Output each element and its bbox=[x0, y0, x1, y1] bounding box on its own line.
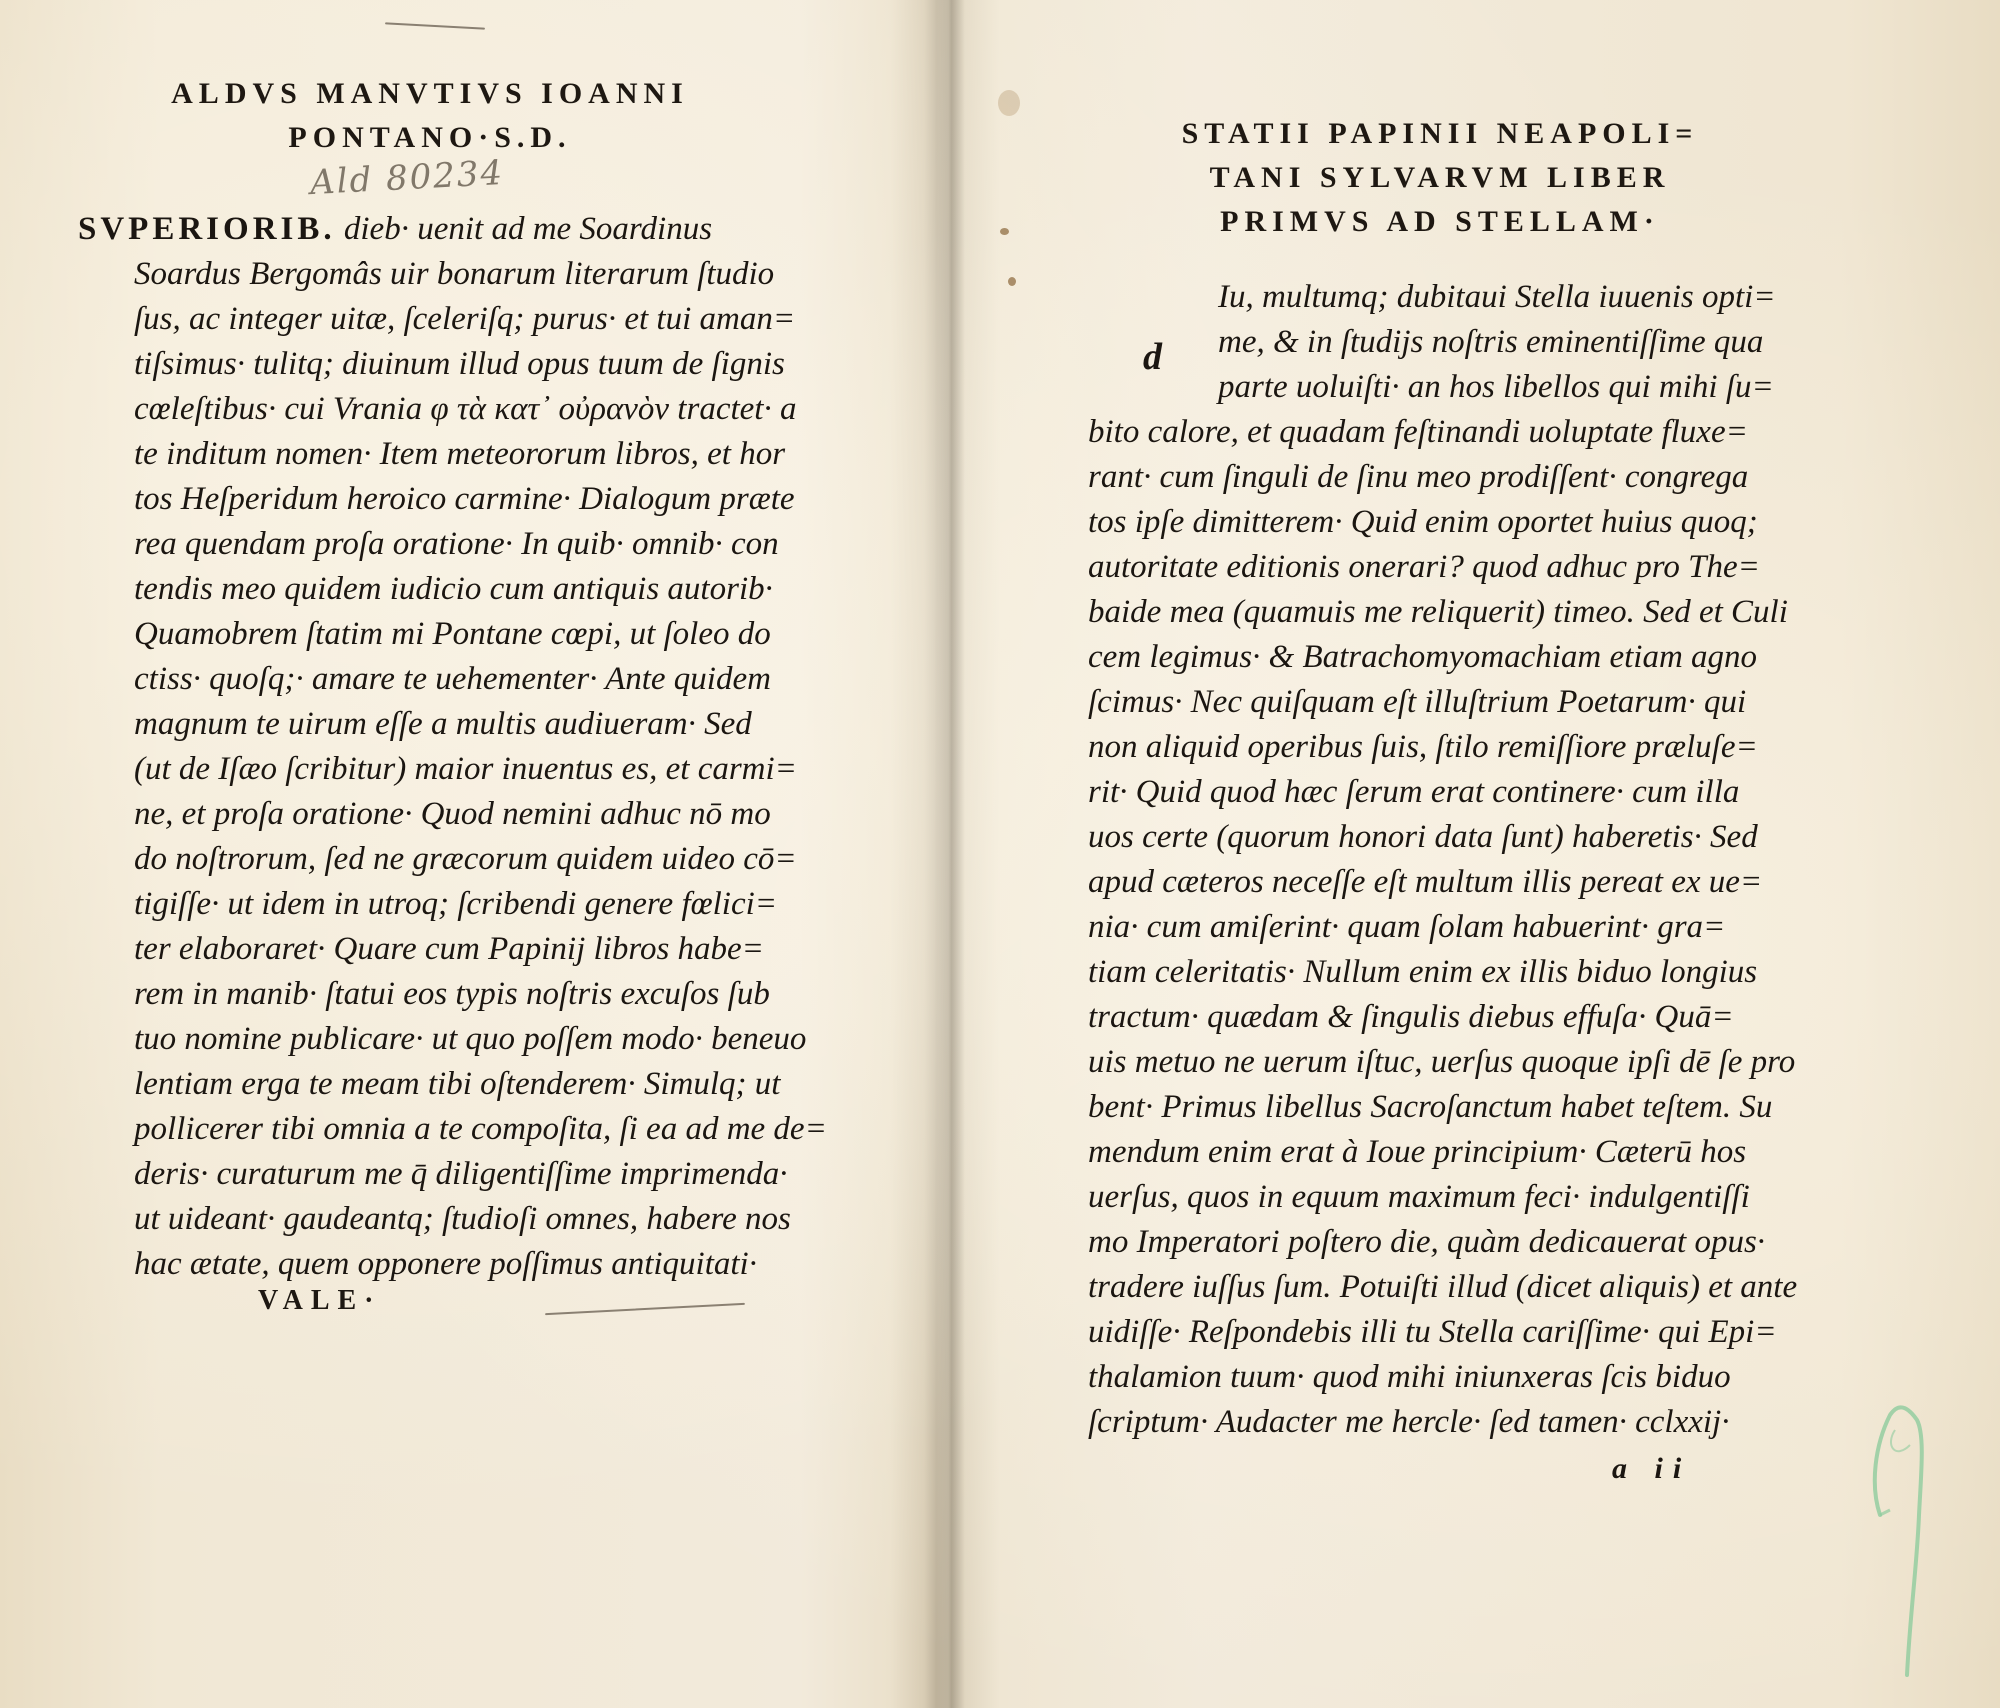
pencil-mark bbox=[545, 1303, 745, 1315]
green-crayon-mark bbox=[1855, 1385, 1935, 1685]
pencil-mark bbox=[385, 22, 485, 29]
text-line: ut uideant· gaudeantq; ſtudioſi omnes, h… bbox=[78, 1197, 818, 1242]
text-line: rea quendam proſa oratione· In quib· omn… bbox=[78, 522, 818, 567]
heading-line: TANI SYLVARVM LIBER bbox=[1080, 156, 1800, 200]
dedication-heading: ALDVS MANVTIVS IOANNI PONTANO·S.D. bbox=[100, 72, 760, 160]
shelfmark-annotation: Ald 80234 bbox=[309, 153, 505, 203]
text-line: uidiſſe· Reſpondebis illi tu Stella cari… bbox=[1088, 1310, 1828, 1355]
text-line: me, & in ſtudijs noſtris eminentiſſime q… bbox=[1088, 320, 1828, 365]
text-line: bent· Primus libellus Sacroſanctum habet… bbox=[1088, 1085, 1828, 1130]
text-line: uis metuo ne uerum iſtuc, uerſus quoque … bbox=[1088, 1040, 1828, 1085]
text-line: rit· Quid quod hæc ſerum erat continere·… bbox=[1088, 770, 1828, 815]
text-line: ſcimus· Nec quiſquam eſt illuſtrium Poet… bbox=[1088, 680, 1828, 725]
text-line: tractum· quædam & ſingulis diebus effuſa… bbox=[1088, 995, 1828, 1040]
text-line: ſus, ac integer uitæ, ſceleriſq; purus· … bbox=[78, 297, 818, 342]
text-line: uos certe (quorum honori data ſunt) habe… bbox=[1088, 815, 1828, 860]
text-line: tiam celeritatis· Nullum enim ex illis b… bbox=[1088, 950, 1828, 995]
heading-line: PONTANO·S.D. bbox=[100, 116, 760, 160]
closing-vale: VALE· bbox=[258, 1285, 382, 1317]
text-line: cœleſtibus· cui Vrania φ τὰ κατ᾽ οὐρανὸν… bbox=[78, 387, 818, 432]
heading-line: PRIMVS AD STELLAM· bbox=[1080, 200, 1800, 244]
text-line: pollicerer tibi omnia a te compoſita, ſi… bbox=[78, 1107, 818, 1152]
text-line: te inditum nomen· Item meteororum libros… bbox=[78, 432, 818, 477]
text-line: mo Imperatori poſtero die, quàm dedicaue… bbox=[1088, 1220, 1828, 1265]
text-line: ter elaboraret· Quare cum Papinij libros… bbox=[78, 927, 818, 972]
heading-line: STATII PAPINII NEAPOLI= bbox=[1080, 112, 1800, 156]
text-line: ctiss· quoſq;· amare te uehementer· Ante… bbox=[78, 657, 818, 702]
text-line: ne, et proſa oratione· Quod nemini adhuc… bbox=[78, 792, 818, 837]
book-title-heading: STATII PAPINII NEAPOLI= TANI SYLVARVM LI… bbox=[1080, 112, 1800, 244]
text-line: (ut de Iſæo ſcribitur) maior inuentus es… bbox=[78, 747, 818, 792]
text-line: autoritate editionis onerari? quod adhuc… bbox=[1088, 545, 1828, 590]
text-line: rem in manib· ſtatui eos typis noſtris e… bbox=[78, 972, 818, 1017]
text-line: tendis meo quidem iudicio cum antiquis a… bbox=[78, 567, 818, 612]
text-line: tiſsimus· tulitq; diuinum illud opus tuu… bbox=[78, 342, 818, 387]
signature-mark: a ii bbox=[1612, 1452, 1691, 1486]
text-line: Soardus Bergomâs uir bonarum literarum ſ… bbox=[78, 252, 818, 297]
text-line: tuo nomine publicare· ut quo poſſem modo… bbox=[78, 1017, 818, 1062]
text-line: bito calore, et quadam feſtinandi uolupt… bbox=[1088, 410, 1828, 455]
text-line: parte uoluiſti· an hos libellos qui mihi… bbox=[1088, 365, 1828, 410]
text-line: do noſtrorum, ſed ne græcorum quidem uid… bbox=[78, 837, 818, 882]
text-line: Quamobrem ſtatim mi Pontane cœpi, ut ſol… bbox=[78, 612, 818, 657]
text-line: deris· curaturum me q̄ diligentiſſime im… bbox=[78, 1152, 818, 1197]
text-line: Iu, multumq; dubitaui Stella iuuenis opt… bbox=[1088, 275, 1828, 320]
heading-line: ALDVS MANVTIVS IOANNI bbox=[100, 72, 760, 116]
text-line: SVPERIORIB. dieb· uenit ad me Soardinus bbox=[78, 207, 818, 252]
preface-body: Iu, multumq; dubitaui Stella iuuenis opt… bbox=[1088, 275, 1828, 1445]
text-line: magnum te uirum eſſe a multis audiueram·… bbox=[78, 702, 818, 747]
text-line: rant· cum ſinguli de ſinu meo prodiſſent… bbox=[1088, 455, 1828, 500]
text-line: ſcriptum· Audacter me hercle· ſed tamen·… bbox=[1088, 1400, 1828, 1445]
opening-word: SVPERIORIB. bbox=[78, 211, 336, 247]
text-line: tos ipſe dimitterem· Quid enim oportet h… bbox=[1088, 500, 1828, 545]
text-line: non aliquid operibus ſuis, ſtilo remiſſi… bbox=[1088, 725, 1828, 770]
text-line: cem legimus· & Batrachomyomachiam etiam … bbox=[1088, 635, 1828, 680]
text-line: apud cæteros neceſſe eſt multum illis pe… bbox=[1088, 860, 1828, 905]
text-line: tigiſſe· ut idem in utroq; ſcribendi gen… bbox=[78, 882, 818, 927]
left-page: ALDVS MANVTIVS IOANNI PONTANO·S.D. Ald 8… bbox=[0, 0, 940, 1708]
text-line: baide mea (quamuis me reliquerit) timeo.… bbox=[1088, 590, 1828, 635]
text-line: tradere iuſſus ſum. Potuiſti illud (dice… bbox=[1088, 1265, 1828, 1310]
text-line: mendum enim erat à Ioue principium· Cæte… bbox=[1088, 1130, 1828, 1175]
text-line: hac ætate, quem opponere poſſimus antiqu… bbox=[78, 1242, 818, 1287]
text-line: lentiam erga te meam tibi oſtenderem· Si… bbox=[78, 1062, 818, 1107]
text-line: tos Heſperidum heroico carmine· Dialogum… bbox=[78, 477, 818, 522]
text-line: nia· cum amiſerint· quam ſolam habuerint… bbox=[1088, 905, 1828, 950]
dedication-letter-body: SVPERIORIB. dieb· uenit ad me Soardinus … bbox=[78, 207, 818, 1287]
text-line: uerſus, quos in equum maximum feci· indu… bbox=[1088, 1175, 1828, 1220]
text-line: thalamion tuum· quod mihi iniunxeras ſci… bbox=[1088, 1355, 1828, 1400]
